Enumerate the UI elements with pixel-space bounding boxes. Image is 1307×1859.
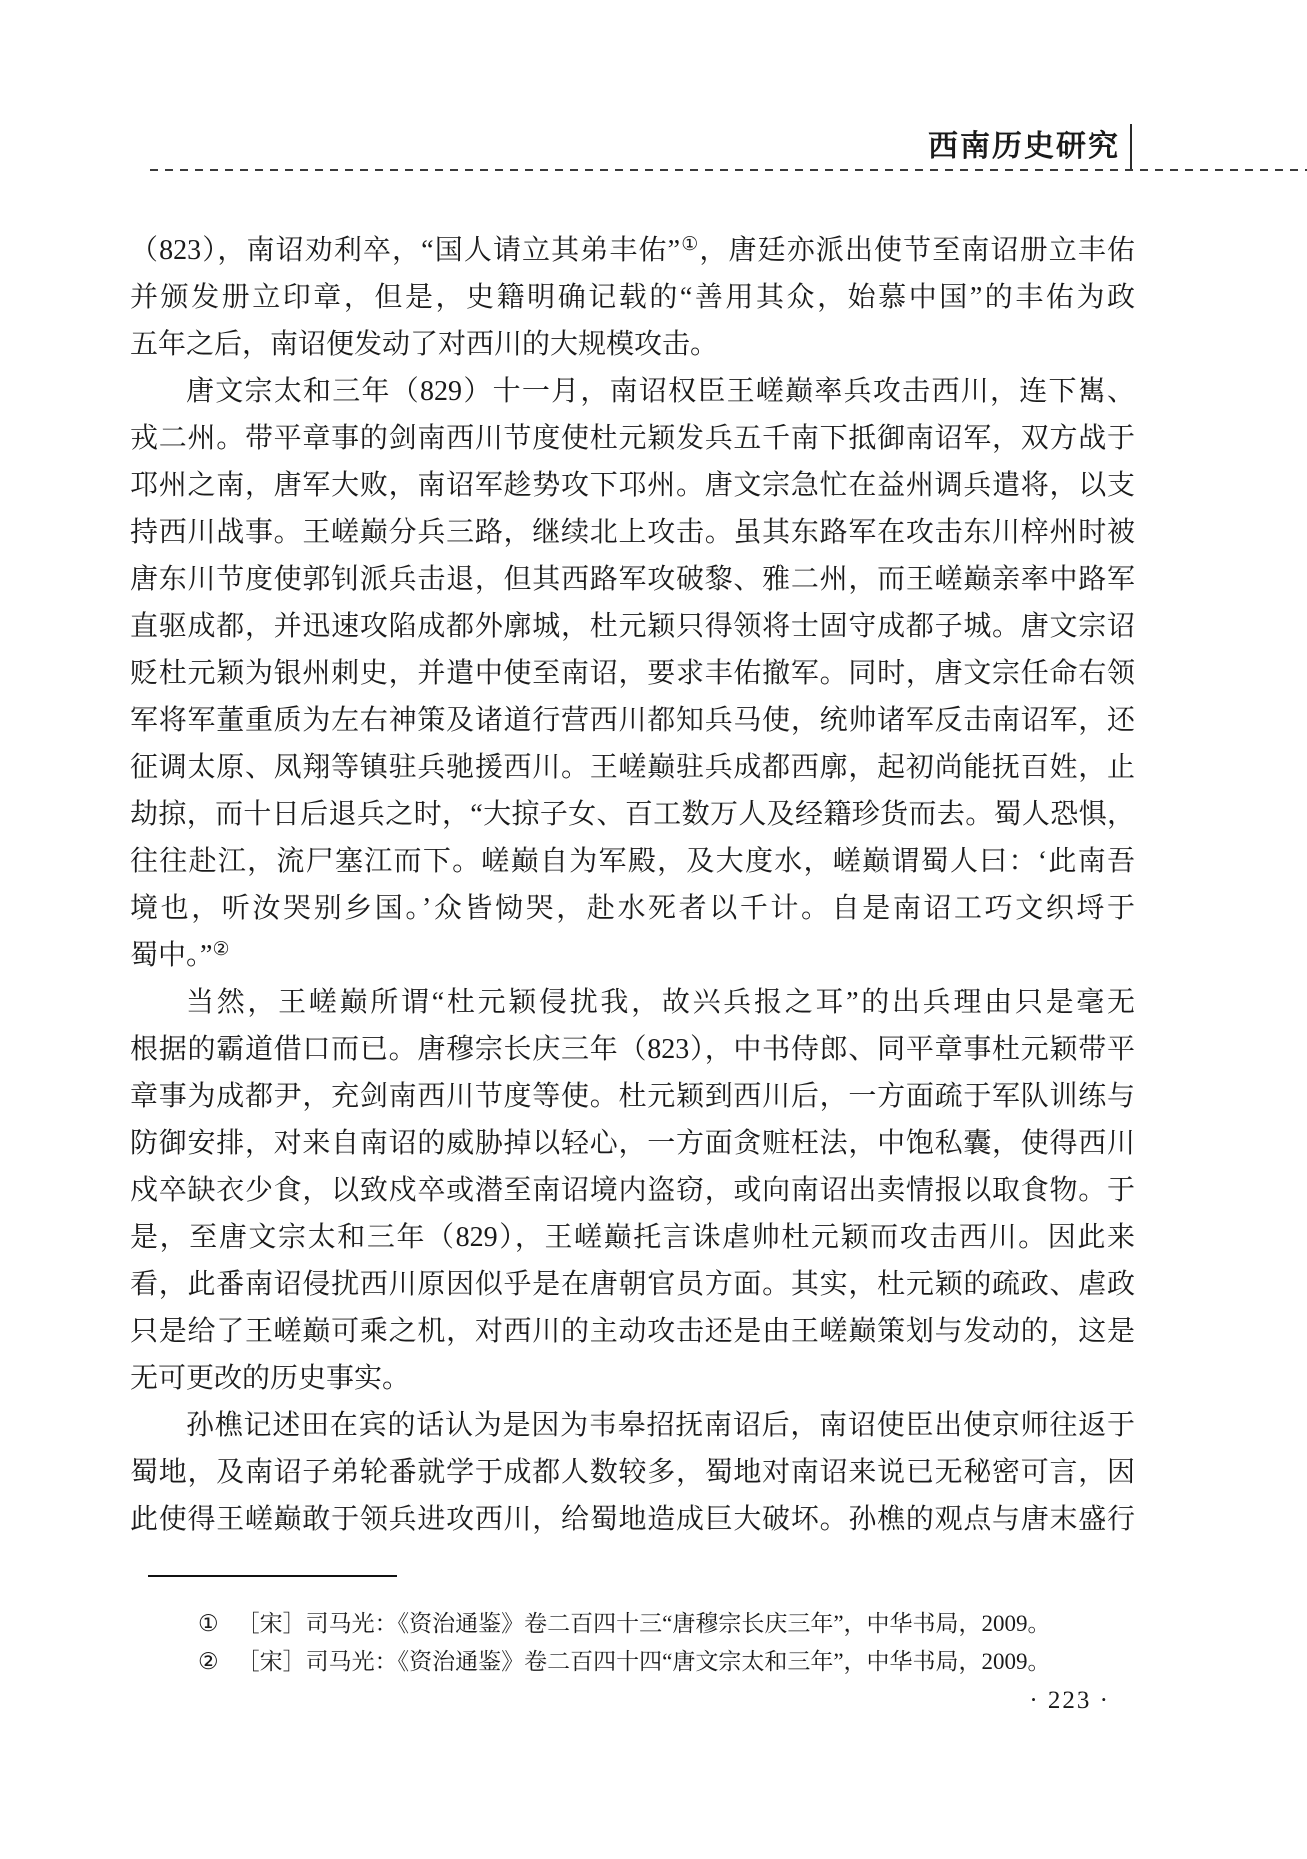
body-line: 持西川战事。王嵯巅分兵三路，继续北上攻击。虽其东路军在攻击东川梓州时被 [130, 509, 1135, 556]
body-line: 是，至唐文宗太和三年（829），王嵯巅托言诛虐帅杜元颖而攻击西川。因此来 [130, 1214, 1135, 1261]
footnote-item: ①［宋］司马光：《资治通鉴》卷二百四十三“唐穆宗长庆三年”，中华书局，2009。 [130, 1605, 1135, 1643]
body-line: 劫掠，而十日后退兵之时，“大掠子女、百工数万人及经籍珍货而去。蜀人恐惧， [130, 791, 1135, 838]
footnote-item: ②［宋］司马光：《资治通鉴》卷二百四十四“唐文宗太和三年”，中华书局，2009。 [130, 1643, 1135, 1681]
footnote-ref: ① [680, 234, 699, 255]
footnote-text: ［宋］司马光：《资治通鉴》卷二百四十四“唐文宗太和三年”，中华书局，2009。 [237, 1649, 1051, 1674]
body-line: 直驱成都，并迅速攻陷成都外廓城，杜元颖只得领将士固守成都子城。唐文宗诏 [130, 603, 1135, 650]
header-vertical-rule [1130, 124, 1132, 171]
body-line: 只是给了王嵯巅可乘之机，对西川的主动攻击还是由王嵯巅策划与发动的，这是 [130, 1308, 1135, 1355]
body-line: 邛州之南，唐军大败，南诏军趁势攻下邛州。唐文宗急忙在益州调兵遣将，以支 [130, 462, 1135, 509]
running-head-title: 西南历史研究 [928, 128, 1120, 166]
footnote-ref: ② [212, 939, 229, 960]
body-line: 章事为成都尹，充剑南西川节度等使。杜元颖到西川后，一方面疏于军队训练与 [130, 1073, 1135, 1120]
body-line: 境也，听汝哭别乡国。’众皆恸哭，赴水死者以千计。自是南诏工巧文织埒于 [130, 885, 1135, 932]
body-line: （823），南诏劝利卒，“国人请立其弟丰佑”①，唐廷亦派出使节至南诏册立丰佑 [130, 227, 1135, 274]
body-line: 看，此番南诏侵扰西川原因似乎是在唐朝官员方面。其实，杜元颖的疏政、虐政 [130, 1261, 1135, 1308]
footnotes: ①［宋］司马光：《资治通鉴》卷二百四十三“唐穆宗长庆三年”，中华书局，2009。… [130, 1605, 1135, 1681]
body-line: 蜀中。”② [130, 932, 1135, 979]
body-line: 往往赴江，流尸塞江而下。嵯巅自为军殿，及大度水，嵯巅谓蜀人曰：‘此南吾 [130, 838, 1135, 885]
body-line: 军将军董重质为左右神策及诸道行营西川都知兵马使，统帅诸军反击南诏军，还 [130, 697, 1135, 744]
body-line: 当然，王嵯巅所谓“杜元颖侵扰我，故兴兵报之耳”的出兵理由只是毫无 [130, 979, 1135, 1026]
body-line: 孙樵记述田在宾的话认为是因为韦皋招抚南诏后，南诏使臣出使京师往返于 [130, 1402, 1135, 1449]
body-line: 防御安排，对来自南诏的威胁掉以轻心，一方面贪赃枉法，中饱私囊，使得西川 [130, 1120, 1135, 1167]
body-line: 根据的霸道借口而已。唐穆宗长庆三年（823），中书侍郎、同平章事杜元颖带平 [130, 1026, 1135, 1073]
body-line: 贬杜元颖为银州刺史，并遣中使至南诏，要求丰佑撤军。同时，唐文宗任命右领 [130, 650, 1135, 697]
body-text: （823），南诏劝利卒，“国人请立其弟丰佑”①，唐廷亦派出使节至南诏册立丰佑并颁… [130, 227, 1135, 1543]
header-dashed-rule [150, 169, 1307, 171]
footnote-separator-rule [148, 1575, 397, 1577]
body-line: 蜀地，及南诏子弟轮番就学于成都人数较多，蜀地对南诏来说已无秘密可言，因 [130, 1449, 1135, 1496]
footnote-marker: ① [198, 1605, 219, 1643]
footnote-text: ［宋］司马光：《资治通鉴》卷二百四十三“唐穆宗长庆三年”，中华书局，2009。 [237, 1611, 1051, 1636]
body-line: 唐文宗太和三年（829）十一月，南诏权臣王嵯巅率兵攻击西川，连下嶲、 [130, 368, 1135, 415]
body-line: 此使得王嵯巅敢于领兵进攻西川，给蜀地造成巨大破坏。孙樵的观点与唐末盛行 [130, 1496, 1135, 1543]
body-line: 并颁发册立印章，但是，史籍明确记载的“善用其众，始慕中国”的丰佑为政 [130, 274, 1135, 321]
body-line: 唐东川节度使郭钊派兵击退，但其西路军攻破黎、雅二州，而王嵯巅亲率中路军 [130, 556, 1135, 603]
body-line: 五年之后，南诏便发动了对西川的大规模攻击。 [130, 321, 1135, 368]
body-line: 戎二州。带平章事的剑南西川节度使杜元颖发兵五千南下抵御南诏军，双方战于 [130, 415, 1135, 462]
footnote-marker: ② [198, 1643, 219, 1681]
page-number: · 223 · [1029, 1686, 1110, 1716]
body-line: 征调太原、凤翔等镇驻兵驰援西川。王嵯巅驻兵成都西廓，起初尚能抚百姓，止 [130, 744, 1135, 791]
body-line: 戍卒缺衣少食，以致戍卒或潜至南诏境内盗窃，或向南诏出卖情报以取食物。于 [130, 1167, 1135, 1214]
body-line: 无可更改的历史事实。 [130, 1355, 1135, 1402]
book-page: 西南历史研究 （823），南诏劝利卒，“国人请立其弟丰佑”①，唐廷亦派出使节至南… [0, 0, 1307, 1859]
